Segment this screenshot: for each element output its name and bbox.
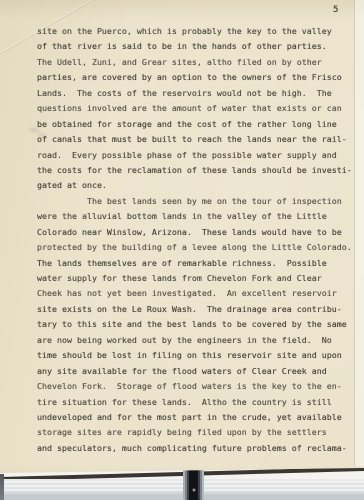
text-line: tary to this site and the best lands to … [37,317,359,332]
text-line: be obtained for storage and the cost of … [37,117,359,132]
text-line: Colorado near Winslow, Arizona. These la… [37,225,359,240]
underlying-page-edge [354,0,364,466]
text-line: Lands. The costs of the reservoirs would… [37,86,359,101]
scan-edge-artifact [0,474,4,500]
text-line: undeveloped and for the most part in the… [37,410,359,425]
typewritten-text: site on the Puerco, which is probably th… [37,24,359,456]
text-line: gated at once. [37,178,359,193]
text-line: The best lands seen by me on the tour of… [37,194,359,209]
binder-clip [183,466,204,500]
document-scan: 5 site on the Puerco, which is probably … [0,0,364,500]
text-line: Cheek has not yet been investigated. An … [37,286,359,301]
text-line: and speculators, much complicating futur… [37,441,359,456]
text-line: protected by the building of a levee alo… [37,240,359,255]
text-line: time should be lost in filing on this re… [37,348,359,363]
text-line: The lands themselves are of remarkable r… [37,256,359,271]
text-line: site exists on the Le Roux Wash. The dra… [37,302,359,317]
text-line: of that river is said to be in the hands… [37,39,359,54]
text-line: road. Every possible phase of the possib… [37,148,359,163]
text-line: parties, are covered by an option to the… [37,70,359,85]
text-line: storage sites are rapidly being filed up… [37,425,359,440]
text-line: site on the Puerco, which is probably th… [37,24,359,39]
text-line: are now being worked out by the engineer… [37,333,359,348]
text-line: the costs for the reclamation of these l… [37,163,359,178]
text-line: water supply for these lands from Chevel… [37,271,359,286]
text-line: questions involved are the amount of wat… [37,101,359,116]
page-number: 5 [333,5,338,15]
mount-texture [0,481,364,493]
text-line: The Udell, Zuni, and Grear sites, altho … [37,55,359,70]
text-line: any site available for the flood waters … [37,364,359,379]
text-line: were the alluvial bottom lands in the va… [37,209,359,224]
text-line: of canals that must be built to reach th… [37,132,359,147]
text-line: Chevelon Fork. Storage of flood waters i… [37,379,359,394]
text-line: tire situation for these lands. Altho th… [37,395,359,410]
paper-sheet: 5 site on the Puerco, which is probably … [0,0,364,480]
